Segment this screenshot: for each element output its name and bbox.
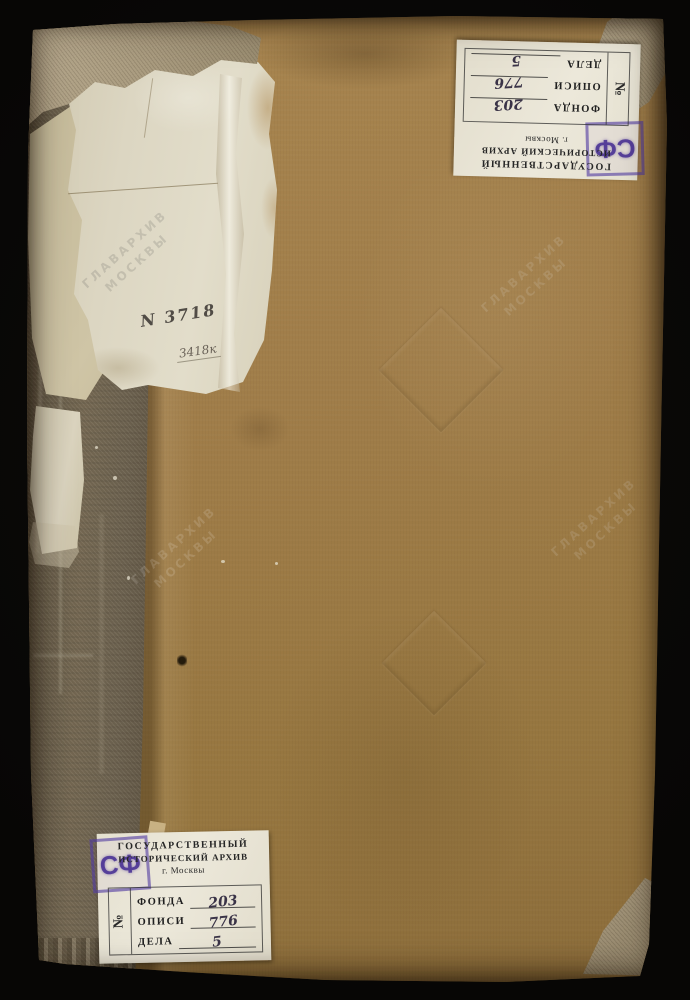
number-sign: № — [606, 53, 630, 126]
wormhole-spot — [177, 654, 187, 667]
delo-row: ДЕЛА 5 — [471, 53, 602, 78]
paper-speck — [221, 560, 225, 563]
book-cover: ГЛАВАРХИВ МОСКВЫ ГЛАВАРХИВ МОСКВЫ ГЛАВАР… — [25, 14, 667, 986]
archive-name: ГОСУДАРСТВЕННЫЙ ИСТОРИЧЕСКИЙ АРХИВ г. Мо… — [97, 838, 270, 877]
label-table: № ФОНДА 203 ОПИСИ 776 ДЕЛА 5 — [108, 884, 263, 955]
delo-value: 5 — [510, 52, 521, 69]
fond-row: ФОНДА 203 — [470, 97, 601, 122]
archive-label-bottom: СФ ГОСУДАРСТВЕННЫЙ ИСТОРИЧЕСКИЙ АРХИВ г.… — [97, 830, 272, 964]
paper-speck — [127, 576, 130, 580]
number-sign: № — [109, 888, 132, 954]
paper-speck — [275, 562, 278, 565]
delo-value: 5 — [212, 934, 223, 951]
photo-stage: ГЛАВАРХИВ МОСКВЫ ГЛАВАРХИВ МОСКВЫ ГЛАВАР… — [0, 0, 690, 1000]
paper-speck — [95, 446, 98, 449]
spine-scuff — [33, 654, 93, 657]
delo-row: ДЕЛА 5 — [138, 928, 256, 950]
paper-speck — [113, 476, 117, 480]
label-table: № ФОНДА 203 ОПИСИ 776 ДЕЛА 5 — [463, 48, 631, 126]
spine-scuff — [99, 514, 104, 774]
opis-row: ОПИСИ 776 — [137, 908, 255, 930]
archive-label-top: СФ ГОСУДАРСТВЕННЫЙ ИСТОРИЧЕСКИЙ АРХИВ г.… — [453, 40, 640, 181]
opis-row: ОПИСИ 776 — [470, 75, 601, 100]
fond-row: ФОНДА 203 — [137, 888, 255, 910]
archive-name: ГОСУДАРСТВЕННЫЙ ИСТОРИЧЕСКИЙ АРХИВ г. Мо… — [453, 133, 638, 173]
spine-paper-patch — [29, 522, 79, 568]
